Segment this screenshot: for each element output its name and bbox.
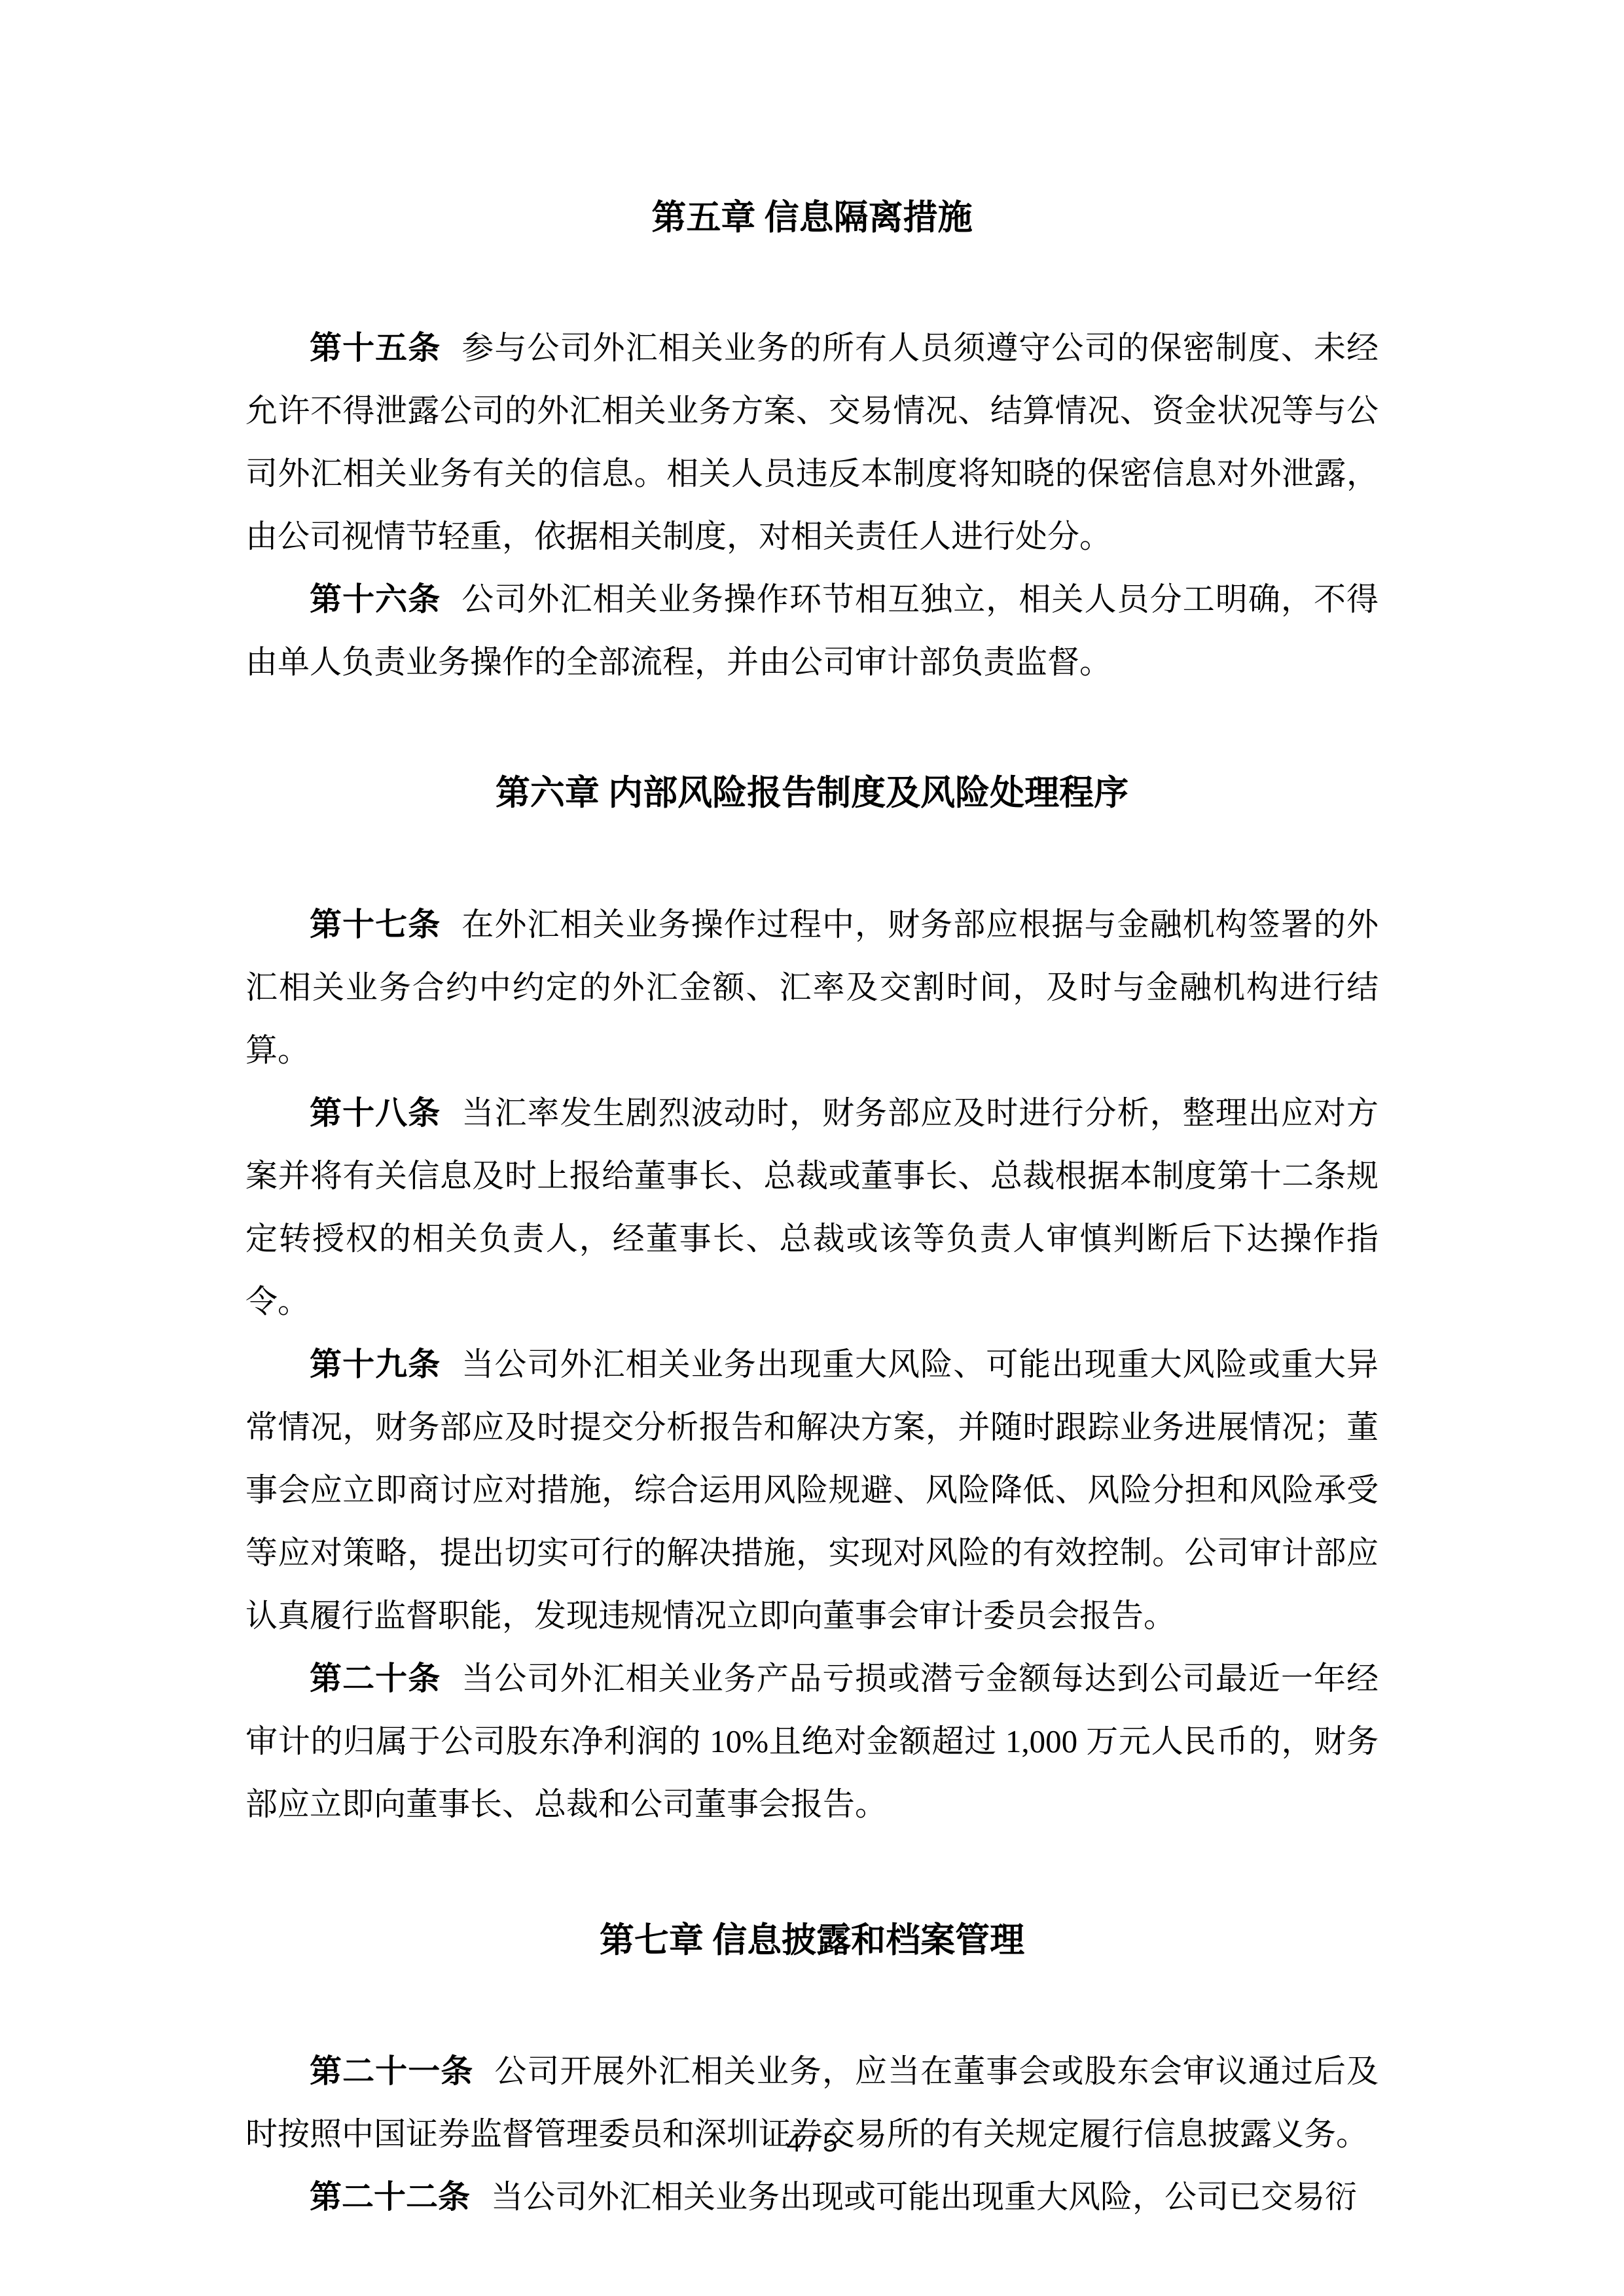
article-20-paragraph: 第二十条当公司外汇相关业务产品亏损或潜亏金额每达到公司最近一年经审计的归属于公司… [245,1647,1379,1836]
article-17-number: 第十七条 [310,906,441,942]
article-17-paragraph: 第十七条在外汇相关业务操作过程中，财务部应根据与金融机构签署的外汇相关业务合约中… [245,893,1379,1082]
document-body: 第五章 信息隔离措施 第十五条参与公司外汇相关业务的所有人员须遵守公司的保密制度… [245,0,1379,2229]
article-15-paragraph: 第十五条参与公司外汇相关业务的所有人员须遵守公司的保密制度、未经允许不得泄露公司… [245,317,1379,568]
article-21-number: 第二十一条 [310,2053,473,2089]
article-20-number: 第二十条 [310,1660,441,1696]
chapter-6-heading: 第六章 内部风险报告制度及风险处理程序 [245,762,1379,825]
document-page: 第五章 信息隔离措施 第十五条参与公司外汇相关业务的所有人员须遵守公司的保密制度… [0,0,1624,2296]
article-18-number: 第十八条 [310,1095,441,1131]
article-22-number: 第二十二条 [310,2179,470,2215]
article-18-paragraph: 第十八条当汇率发生剧烈波动时，财务部应及时进行分析，整理出应对方案并将有关信息及… [245,1082,1379,1333]
chapter-7-heading: 第七章 信息披露和档案管理 [245,1909,1379,1972]
article-19-text: 当公司外汇相关业务出现重大风险、可能出现重大风险或重大异常情况，财务部应及时提交… [245,1346,1379,1634]
page-number: 4 / 5 [0,2128,1624,2157]
article-22-text: 当公司外汇相关业务出现或可能出现重大风险，公司已交易衍 [491,2179,1357,2215]
article-16-number: 第十六条 [310,581,441,617]
article-15-number: 第十五条 [310,330,441,366]
article-16-paragraph: 第十六条公司外汇相关业务操作环节相互独立，相关人员分工明确，不得由单人负责业务操… [245,568,1379,694]
article-19-paragraph: 第十九条当公司外汇相关业务出现重大风险、可能出现重大风险或重大异常情况，财务部应… [245,1333,1379,1647]
article-19-number: 第十九条 [310,1346,441,1382]
chapter-5-heading: 第五章 信息隔离措施 [245,187,1379,249]
article-22-paragraph: 第二十二条当公司外汇相关业务出现或可能出现重大风险，公司已交易衍 [245,2166,1379,2229]
